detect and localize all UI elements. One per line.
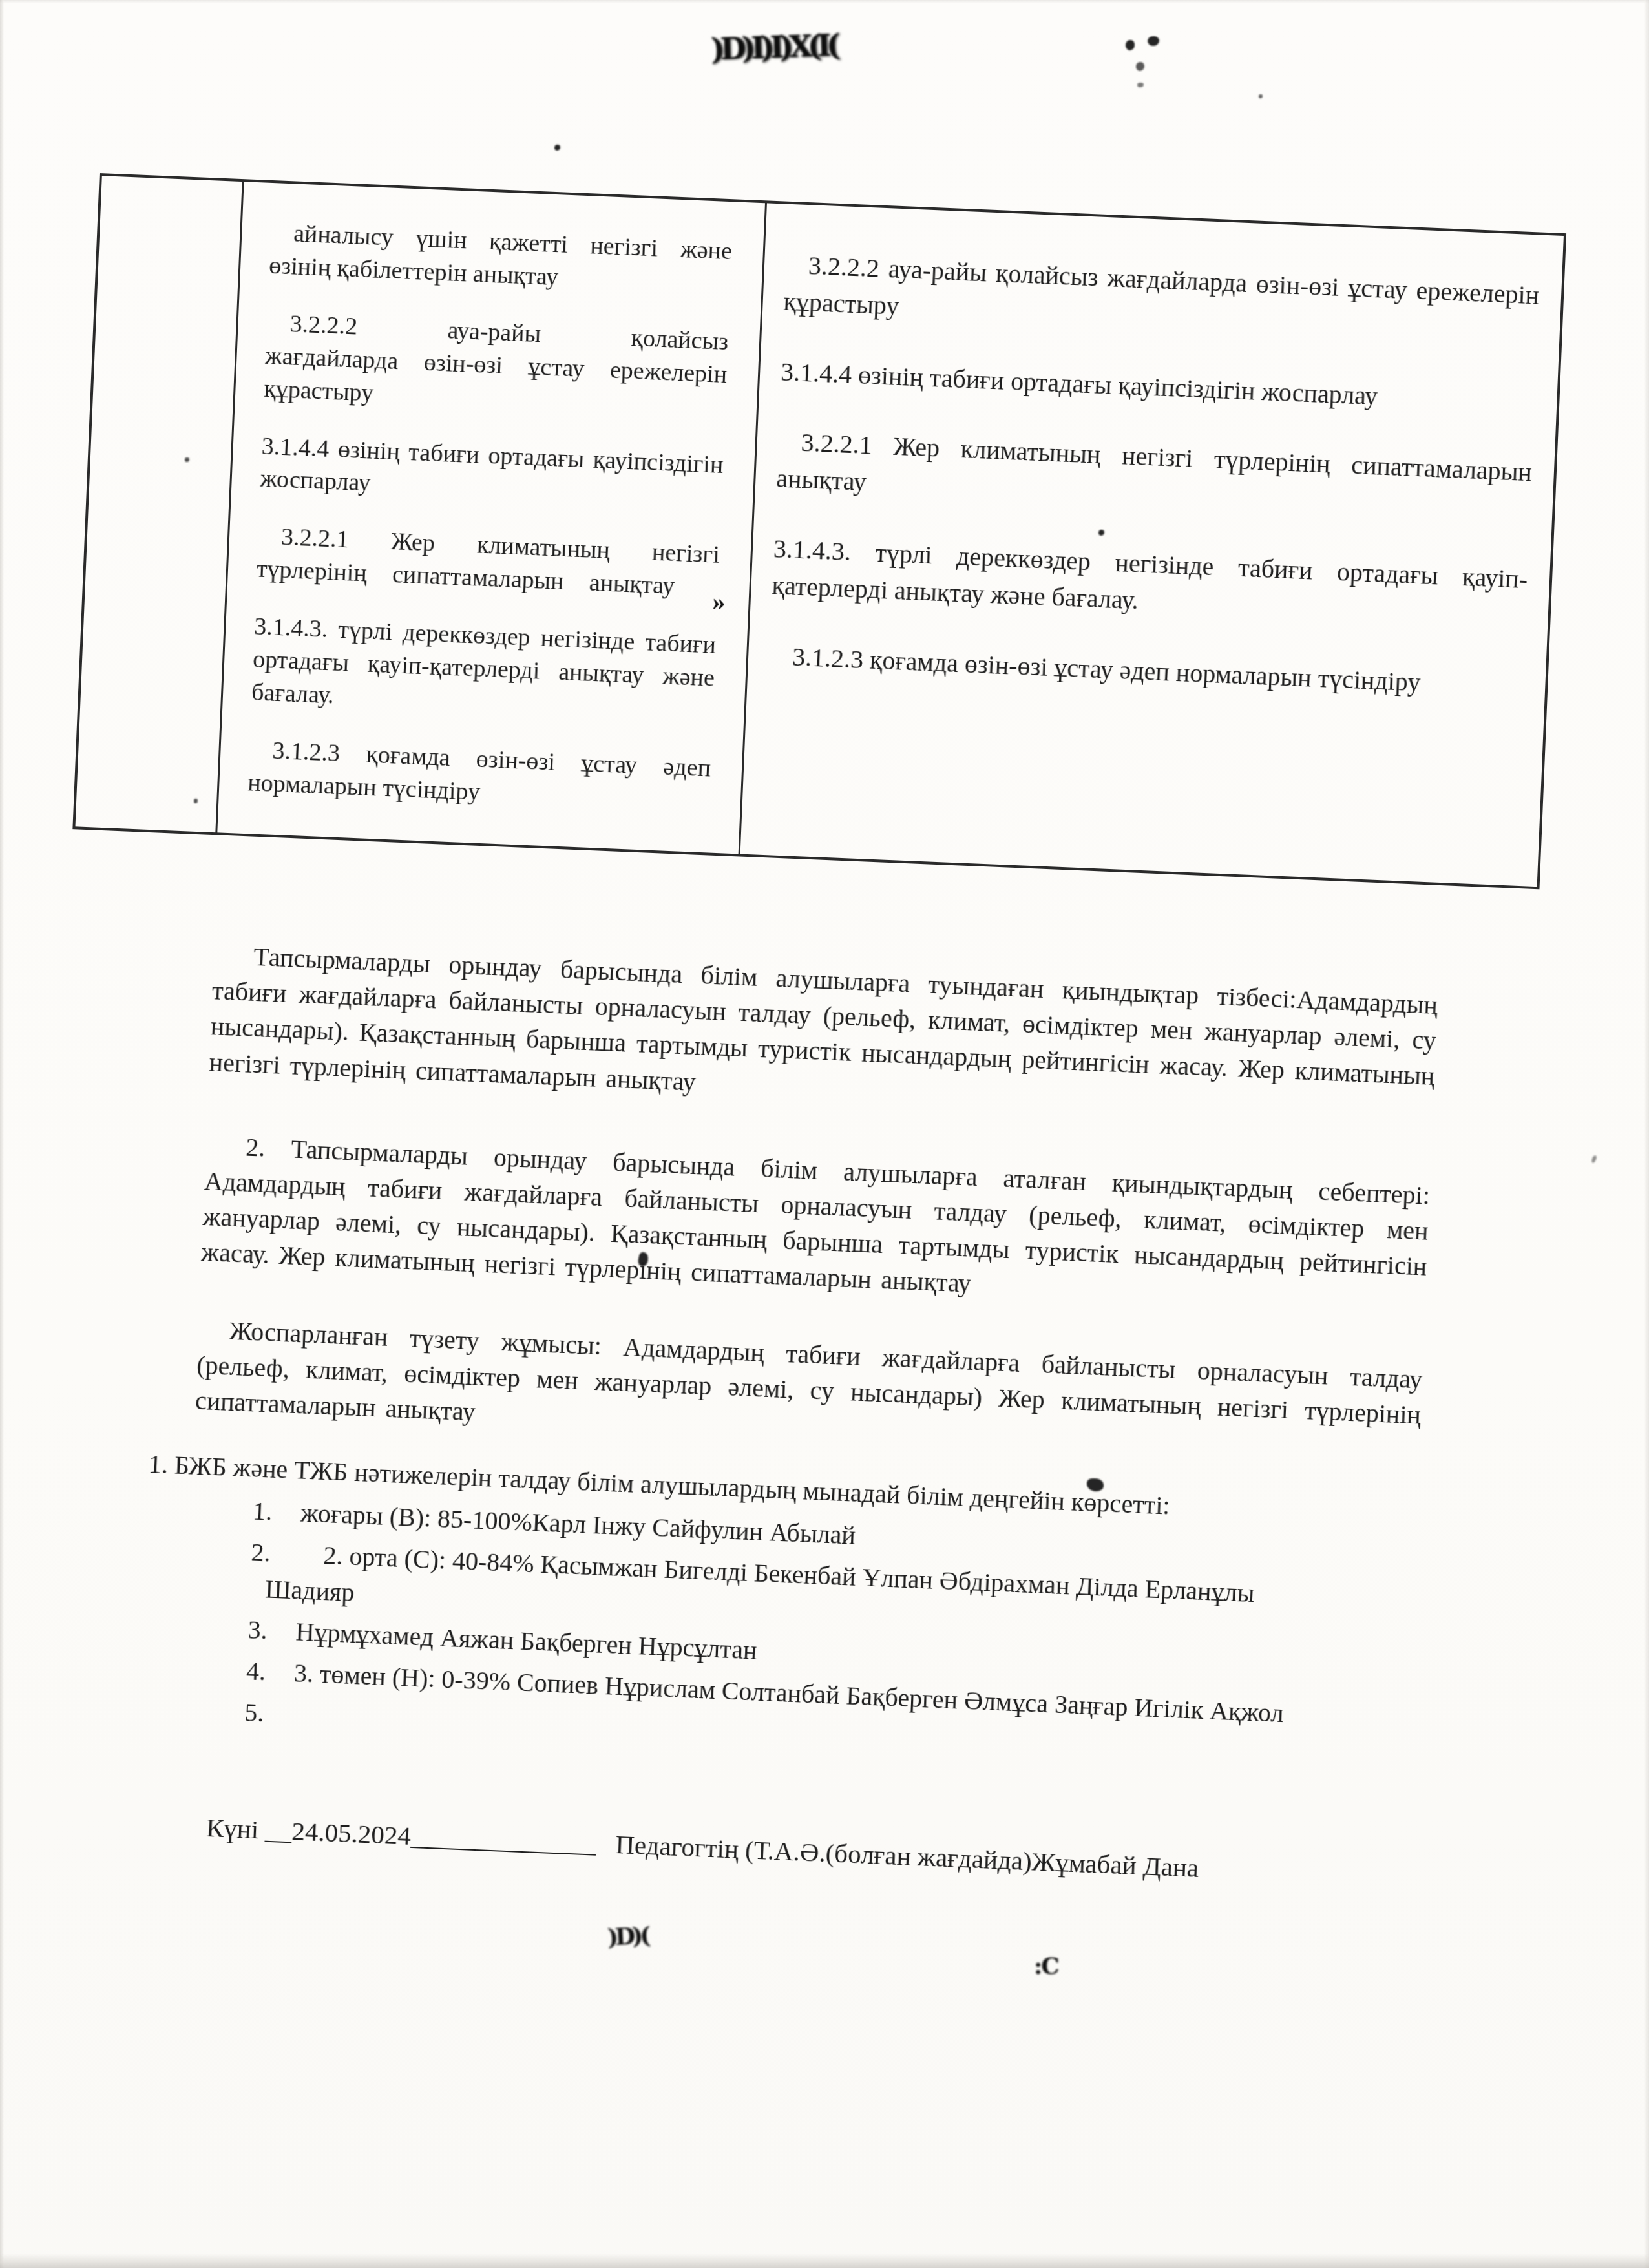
ink-speck: [1137, 83, 1144, 87]
objective-item: 3.2.2.2 ауа-райы қолайсыз жағдайларда өз…: [783, 247, 1540, 351]
objective-item: 3.2.2.1 Жер климатының негізгі түрлеріні…: [775, 424, 1533, 528]
list-marker: 4.: [246, 1653, 295, 1691]
ink-speck: [1591, 1155, 1597, 1163]
list-marker: 1.: [252, 1493, 301, 1531]
learning-objectives-table: айналысу үшін қажетті негізгі және өзіні…: [72, 173, 1566, 889]
pedagog-name: Жұмабай Дана: [1031, 1846, 1199, 1883]
objective-item: 3.1.4.4 өзінің табиғи ортадағы қауіпсізд…: [260, 430, 724, 514]
ink-speck: [1126, 40, 1135, 50]
objective-item: 3.1.4.3. түрлі дереккөздер негізінде таб…: [772, 530, 1529, 635]
table-cell-empty: [76, 176, 244, 832]
ink-smudge-bottom-right: :C: [1034, 1953, 1058, 1980]
table-cell-objectives-left: айналысу үшін қажетті негізгі және өзіні…: [217, 182, 767, 854]
ink-speck: [1136, 62, 1144, 71]
table-cell-objectives-right: 3.2.2.2 ауа-райы қолайсыз жағдайларда өз…: [740, 203, 1564, 887]
objective-item: айналысу үшін қажетті негізгі және өзіні…: [268, 216, 733, 301]
document-content: айналысу үшін қажетті негізгі және өзіні…: [31, 173, 1578, 1896]
date-field: Күні __24.05.2024______________: [205, 1812, 596, 1859]
list-marker: 3.: [247, 1612, 297, 1650]
objective-item: 3.2.2.1 Жер климатының негізгі түрлеріні…: [256, 520, 720, 605]
scanned-document-page: )D)I)I)X(I( )D)( :C айналысу үшін қажетт…: [0, 0, 1649, 2268]
scan-edge-left: [0, 0, 4, 2268]
list-marker: 5.: [244, 1694, 293, 1732]
scan-edge-top: [0, 0, 1649, 3]
paragraph-planned-correction: Жоспарланған түзету жұмысы: Адамдардың т…: [194, 1311, 1423, 1468]
ink-speck: [554, 145, 560, 151]
ink-smudge-quote: »: [712, 583, 726, 618]
scan-edge-bottom: [0, 2254, 1649, 2268]
date-underline: ______________: [410, 1821, 597, 1858]
ink-smudge-bottom-left: )D)(: [607, 1922, 648, 1951]
date-value: 24.05.2024: [291, 1816, 412, 1851]
objective-item: 3.2.2.2 ауа-райы қолайсыз жағдайларда өз…: [263, 307, 729, 425]
objective-item: 3.1.2.3 қоғамда өзін-өзі ұстау әдеп норм…: [768, 638, 1524, 706]
ink-smudge-top: )D)I)I)X(I(: [710, 28, 837, 67]
pedagog-label: Педагогтің (Т.А.Ә.(болған жағдайда): [615, 1829, 1033, 1876]
objective-item: 3.1.4.4 өзінің табиғи ортадағы қауіпсізд…: [780, 353, 1535, 421]
pedagog-field: Педагогтің (Т.А.Ә.(болған жағдайда)Жұмаб…: [615, 1829, 1200, 1884]
results-section: 1. БЖБ және ТЖБ нәтижелерін талдау білім…: [36, 1442, 1526, 1783]
objective-item: 3.1.2.3 қоғамда өзін-өзі ұстау әдеп норм…: [247, 733, 711, 818]
ink-speck: [1148, 36, 1159, 46]
signature-line: Күні __24.05.2024______________ Педагогт…: [205, 1812, 1511, 1896]
objective-item: 3.1.4.3. түрлі дереккөздер негізінде таб…: [251, 611, 717, 728]
date-label: Күні __: [205, 1812, 292, 1845]
paragraph-difficulties-list: Тапсырмаларды орындау барысында білім ал…: [209, 937, 1438, 1129]
ink-speck: [1259, 94, 1263, 98]
paragraph-difficulties-causes: 2. Тапсырмаларды орындау барысында білім…: [201, 1128, 1431, 1320]
scan-edge-right: [1644, 0, 1649, 2268]
